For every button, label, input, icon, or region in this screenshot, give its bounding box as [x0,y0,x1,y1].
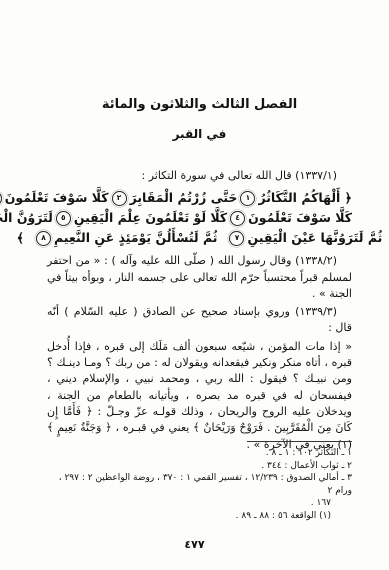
ayah-text: كَلَّا سَوْفَ تَعْلَمُونَ٣ [0,188,109,208]
footnotes: ١ ـ التكاثر ١٠٢ : ١ ـ ٨ .٢ ـ ثواب الأعما… [47,441,352,523]
hadith-1339-intro: (١٣٣٩/٣) وروي بإسناد صحيح عن الصادق ( عل… [47,304,352,337]
footnote-line: ٣ ـ أمالي الصدوق : ١٢/٢٣٩ ، تفسير القمي … [47,472,352,497]
quran-verse-line: ثُمَّ لَتَرَوُنَّهَا عَيْنَ الْيَقِينِ٧ث… [47,228,352,248]
hadith-1337-intro: (١٣٣٧/١) قال الله تعالى في سورة التكاثر … [47,168,352,184]
ayah-number-medallion: ٨ [36,231,51,246]
ayah-number-medallion: ٤ [230,211,245,226]
footnote-line: (١) الواقعة ٥٦ : ٨٨ ـ ٨٩ . [47,510,352,523]
ayah-text: كَلَّا لَوْ تَعْلَمُونَ عِلْمَ الْيَقِين… [53,208,227,228]
ayah-text: لَتَرَوُنَّ الْجَحِيمَ٦ [0,208,53,228]
ayah-number-medallion: ٧ [229,231,244,246]
footnote-line: ١ ـ التكاثر ١٠٢ : ١ ـ ٨ . [47,447,352,460]
ayah-text: ثُمَّ لَتُسْأَلُنَّ يَوْمَئِذٍ عَنِ النَ… [33,228,217,248]
section-title: في القبر [47,126,352,142]
body-text: (١٣٣٧/١) قال الله تعالى في سورة التكاثر … [47,168,352,453]
ayah-text: ﴿ أَلْهَاكُمُ التَّكَاثُرُ١ [237,188,352,208]
ayah-text: ﴾ [17,228,24,248]
ayah-text: ثُمَّ لَتَرَوُنَّهَا عَيْنَ الْيَقِينِ٧ [226,228,382,248]
ayah-number-medallion: ٣ [0,191,2,206]
ayah-number-medallion: ٢ [112,191,127,206]
ayah-number-medallion: ١ [240,191,255,206]
book-page: الفصل الثالث والثلاثون والمائة في القبر … [0,0,389,570]
footnote-lines: ١ ـ التكاثر ١٠٢ : ١ ـ ٨ .٢ ـ ثواب الأعما… [47,447,352,523]
quran-verse-line: كَلَّا سَوْفَ تَعْلَمُونَ٤كَلَّا لَوْ تَ… [47,208,352,228]
footnote-line: ١٦٧ . [47,497,352,510]
quran-verse-block: ﴿ أَلْهَاكُمُ التَّكَاثُرُ١حَتَّى زُرْتُ… [47,188,352,248]
chapter-title: الفصل الثالث والثلاثون والمائة [47,96,352,113]
footnote-divider [247,441,352,442]
hadith-1339-text: « إذا مات المؤمن ، شيّعه سبعون ألف مَلَك… [47,339,352,453]
hadith-1338: (١٣٣٨/٢) وقال رسول الله ( صلّى الله عليه… [47,253,352,302]
ayah-text: حَتَّى زُرْتُمُ الْمَقَابِرَ٢ [109,188,238,208]
footnote-line: ٢ ـ ثواب الأعمال : ٣٤٤ . [47,460,352,473]
quran-verse-line: ﴿ أَلْهَاكُمُ التَّكَاثُرُ١حَتَّى زُرْتُ… [47,188,352,208]
page-number: ٤٧٧ [0,538,389,551]
ayah-text: كَلَّا سَوْفَ تَعْلَمُونَ٤ [227,208,352,228]
ayah-number-medallion: ٥ [56,211,71,226]
